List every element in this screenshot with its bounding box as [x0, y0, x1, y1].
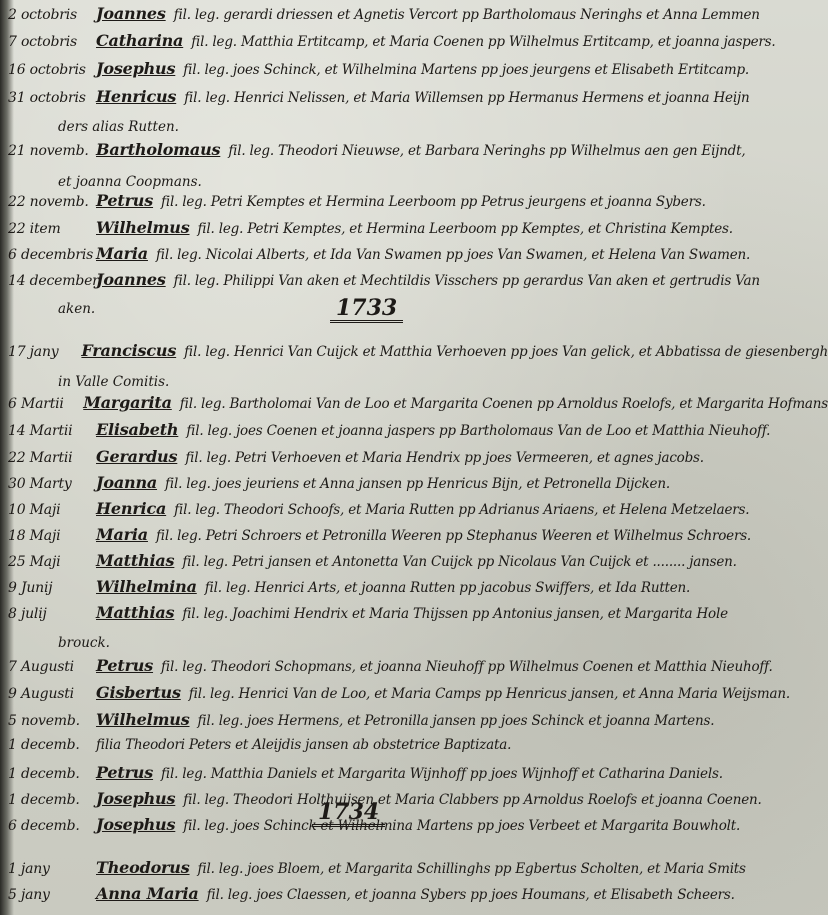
- baptized-name: Anna Maria: [96, 884, 199, 903]
- register-entry: 6 decemb.Josephusfil. leg. joes Schinck …: [0, 815, 828, 843]
- entry-parents-godparents: fil. leg. Theodori Holthuijsen et Maria …: [183, 792, 761, 808]
- entry-parents-godparents: fil. leg. joes Schinck et Wilhelmina Mar…: [183, 818, 740, 834]
- entry-parents-godparents: fil. leg. Philippi Van aken et Mechtildi…: [174, 273, 760, 289]
- entry-date: 18 Maji: [0, 528, 96, 544]
- entry-parents-godparents: fil. leg. joes Coenen et joanna jaspers …: [186, 423, 770, 439]
- register-entry: 21 novemb.Bartholomausfil. leg. Theodori…: [0, 140, 828, 168]
- register-entry: 1 janyTheodorusfil. leg. joes Bloem, et …: [0, 858, 828, 886]
- entry-date: 5 jany: [0, 887, 96, 903]
- entry-date: 5 novemb.: [0, 713, 96, 729]
- entry-parents-godparents: fil. leg. Theodori Schopmans, et joanna …: [161, 659, 773, 675]
- entry-continuation: aken.: [58, 301, 95, 317]
- entry-continuation: in Valle Comitis.: [58, 374, 169, 390]
- baptized-name: Joannes: [96, 270, 166, 289]
- entry-parents-godparents: fil. leg. gerardi driessen et Agnetis Ve…: [174, 7, 760, 23]
- register-entry: 1 decemb.filia Theodori Peters et Aleijd…: [0, 737, 828, 765]
- entry-parents-godparents: fil. leg. Henrici Nelissen, et Maria Wil…: [184, 90, 749, 106]
- register-entry: 1 decemb.Petrusfil. leg. Matthia Daniels…: [0, 763, 828, 791]
- entry-parents-godparents: fil. leg. Theodori Nieuwse, et Barbara N…: [228, 143, 745, 159]
- entry-continuation: brouck.: [58, 635, 110, 651]
- register-entry: 22 novemb.Petrusfil. leg. Petri Kemptes …: [0, 191, 828, 219]
- register-entry: 9 JunijWilhelminafil. leg. Henrici Arts,…: [0, 577, 828, 605]
- entry-date: 9 Junij: [0, 580, 96, 596]
- entry-date: 7 octobris: [0, 34, 96, 50]
- register-entry: 22 itemWilhelmusfil. leg. Petri Kemptes,…: [0, 218, 828, 246]
- baptized-name: Petrus: [96, 656, 153, 675]
- baptized-name: Josephus: [96, 789, 175, 808]
- entry-parents-godparents: fil. leg. joes Hermens, et Petronilla ja…: [198, 713, 715, 729]
- register-entry: 2 octobrisJoannesfil. leg. gerardi dries…: [0, 4, 828, 32]
- entry-parents-godparents: fil. leg. Henrici Van Cuijck et Matthia …: [184, 344, 828, 360]
- register-entry: 17 janyFranciscusfil. leg. Henrici Van C…: [0, 341, 828, 369]
- register-entry: 5 janyAnna Mariafil. leg. joes Claessen,…: [0, 884, 828, 912]
- entry-parents-godparents: fil. leg. joes Bloem, et Margarita Schil…: [198, 861, 746, 877]
- baptized-name: Joanna: [96, 473, 157, 492]
- entry-date: 22 novemb.: [0, 194, 96, 210]
- baptized-name: Bartholomaus: [96, 140, 220, 159]
- register-entry: 14 MartiiElisabethfil. leg. joes Coenen …: [0, 420, 828, 448]
- register-entry: 10 MajiHenricafil. leg. Theodori Schoofs…: [0, 499, 828, 527]
- baptized-name: Gerardus: [96, 447, 177, 466]
- entry-parents-godparents: fil. leg. Joachimi Hendrix et Maria Thij…: [182, 606, 728, 622]
- register-entry: 16 octobrisJosephusfil. leg. joes Schinc…: [0, 59, 828, 87]
- baptized-name: Matthias: [96, 551, 174, 570]
- register-entry: 22 MartiiGerardusfil. leg. Petri Verhoev…: [0, 447, 828, 475]
- register-page: 2 octobrisJoannesfil. leg. gerardi dries…: [0, 0, 828, 915]
- entry-continuation: ders alias Rutten.: [58, 119, 179, 135]
- baptized-name: Petrus: [96, 191, 153, 210]
- register-entry: 9 AugustiGisbertusfil. leg. Henrici Van …: [0, 683, 828, 711]
- entry-date: 6 decemb.: [0, 818, 96, 834]
- entry-date: 25 Maji: [0, 554, 96, 570]
- entry-parents-godparents: fil. leg. Petri Kemptes, et Hermina Leer…: [198, 221, 733, 237]
- register-entry: 5 novemb.Wilhelmusfil. leg. joes Hermens…: [0, 710, 828, 738]
- entry-parents-godparents: fil. leg. Theodori Schoofs, et Maria Rut…: [174, 502, 749, 518]
- entry-date: 21 novemb.: [0, 143, 96, 159]
- baptized-name: Maria: [96, 244, 148, 263]
- register-entry: 25 MajiMatthiasfil. leg. Petri jansen et…: [0, 551, 828, 579]
- entry-parents-godparents: fil. leg. joes Claessen, et joanna Syber…: [207, 887, 735, 903]
- baptized-name: Gisbertus: [96, 683, 181, 702]
- baptized-name: Joannes: [96, 4, 166, 23]
- register-entry: 30 MartyJoannafil. leg. joes jeuriens et…: [0, 473, 828, 501]
- year-heading: 1734: [312, 800, 385, 827]
- entry-date: 14 Martii: [0, 423, 96, 439]
- entry-parents-godparents: fil. leg. Petri jansen et Antonetta Van …: [182, 554, 736, 570]
- baptized-name: Theodorus: [96, 858, 190, 877]
- entry-date: 22 item: [0, 221, 96, 237]
- entry-continuation: et joanna Coopmans.: [58, 174, 202, 190]
- register-entry: 14 decemberJoannesfil. leg. Philippi Van…: [0, 270, 828, 298]
- entry-date: 1 decemb.: [0, 766, 96, 782]
- entry-parents-godparents: fil. leg. Petri Kemptes et Hermina Leerb…: [161, 194, 706, 210]
- register-entry: 7 octobrisCatharinafil. leg. Matthia Ert…: [0, 31, 828, 59]
- entry-parents-godparents: fil. leg. Petri Verhoeven et Maria Hendr…: [185, 450, 704, 466]
- baptized-name: Elisabeth: [96, 420, 178, 439]
- entry-date: 22 Martii: [0, 450, 96, 466]
- entry-date: 31 octobris: [0, 90, 96, 106]
- entry-date: 30 Marty: [0, 476, 96, 492]
- entry-parents-godparents: fil. leg. Petri Schroers et Petronilla W…: [156, 528, 751, 544]
- register-entry: 18 MajiMariafil. leg. Petri Schroers et …: [0, 525, 828, 553]
- entry-date: 7 Augusti: [0, 659, 96, 675]
- entry-date: 17 jany: [0, 344, 81, 360]
- baptized-name: Josephus: [96, 59, 175, 78]
- baptized-name: Margarita: [83, 393, 172, 412]
- entry-date: 6 decembris: [0, 247, 96, 263]
- entry-date: 10 Maji: [0, 502, 96, 518]
- entry-parents-godparents: fil. leg. Matthia Daniels et Margarita W…: [161, 766, 723, 782]
- baptized-name: Wilhelmus: [96, 218, 190, 237]
- baptized-name: Josephus: [96, 815, 175, 834]
- baptized-name: Maria: [96, 525, 148, 544]
- register-entry: 1 decemb.Josephusfil. leg. Theodori Holt…: [0, 789, 828, 817]
- entry-date: 2 octobris: [0, 7, 96, 23]
- entry-parents-godparents: fil. leg. Nicolai Alberts, et Ida Van Sw…: [156, 247, 750, 263]
- baptized-name: Wilhelmina: [96, 577, 197, 596]
- baptized-name: Matthias: [96, 603, 174, 622]
- entry-parents-godparents: fil. leg. joes jeuriens et Anna jansen p…: [165, 476, 670, 492]
- year-heading: 1733: [330, 296, 403, 323]
- baptized-name: Henrica: [96, 499, 166, 518]
- register-entry: 8 julijMatthiasfil. leg. Joachimi Hendri…: [0, 603, 828, 631]
- entry-parents-godparents: filia Theodori Peters et Aleijdis jansen…: [96, 737, 511, 753]
- entry-date: 9 Augusti: [0, 686, 96, 702]
- register-entry: 7 AugustiPetrusfil. leg. Theodori Schopm…: [0, 656, 828, 684]
- baptized-name: Franciscus: [81, 341, 176, 360]
- entry-parents-godparents: fil. leg. Henrici Van de Loo, et Maria C…: [189, 686, 790, 702]
- register-entry: 31 octobrisHenricusfil. leg. Henrici Nel…: [0, 87, 828, 115]
- entry-parents-godparents: fil. leg. Bartholomai Van de Loo et Marg…: [180, 396, 828, 412]
- entry-parents-godparents: fil. leg. joes Schinck, et Wilhelmina Ma…: [183, 62, 749, 78]
- register-entry: 6 MartiiMargaritafil. leg. Bartholomai V…: [0, 393, 828, 421]
- entry-parents-godparents: fil. leg. Henrici Arts, et joanna Rutten…: [205, 580, 690, 596]
- entry-date: 6 Martii: [0, 396, 83, 412]
- entry-date: 1 decemb.: [0, 792, 96, 808]
- baptized-name: Henricus: [96, 87, 176, 106]
- baptized-name: Catharina: [96, 31, 183, 50]
- entry-date: 1 jany: [0, 861, 96, 877]
- entry-date: 16 octobris: [0, 62, 96, 78]
- entry-date: 8 julij: [0, 606, 96, 622]
- register-entry: 6 decembrisMariafil. leg. Nicolai Albert…: [0, 244, 828, 272]
- entry-date: 1 decemb.: [0, 737, 96, 753]
- baptized-name: Petrus: [96, 763, 153, 782]
- entry-parents-godparents: fil. leg. Matthia Ertitcamp, et Maria Co…: [191, 34, 775, 50]
- entry-date: 14 december: [0, 273, 96, 289]
- baptized-name: Wilhelmus: [96, 710, 190, 729]
